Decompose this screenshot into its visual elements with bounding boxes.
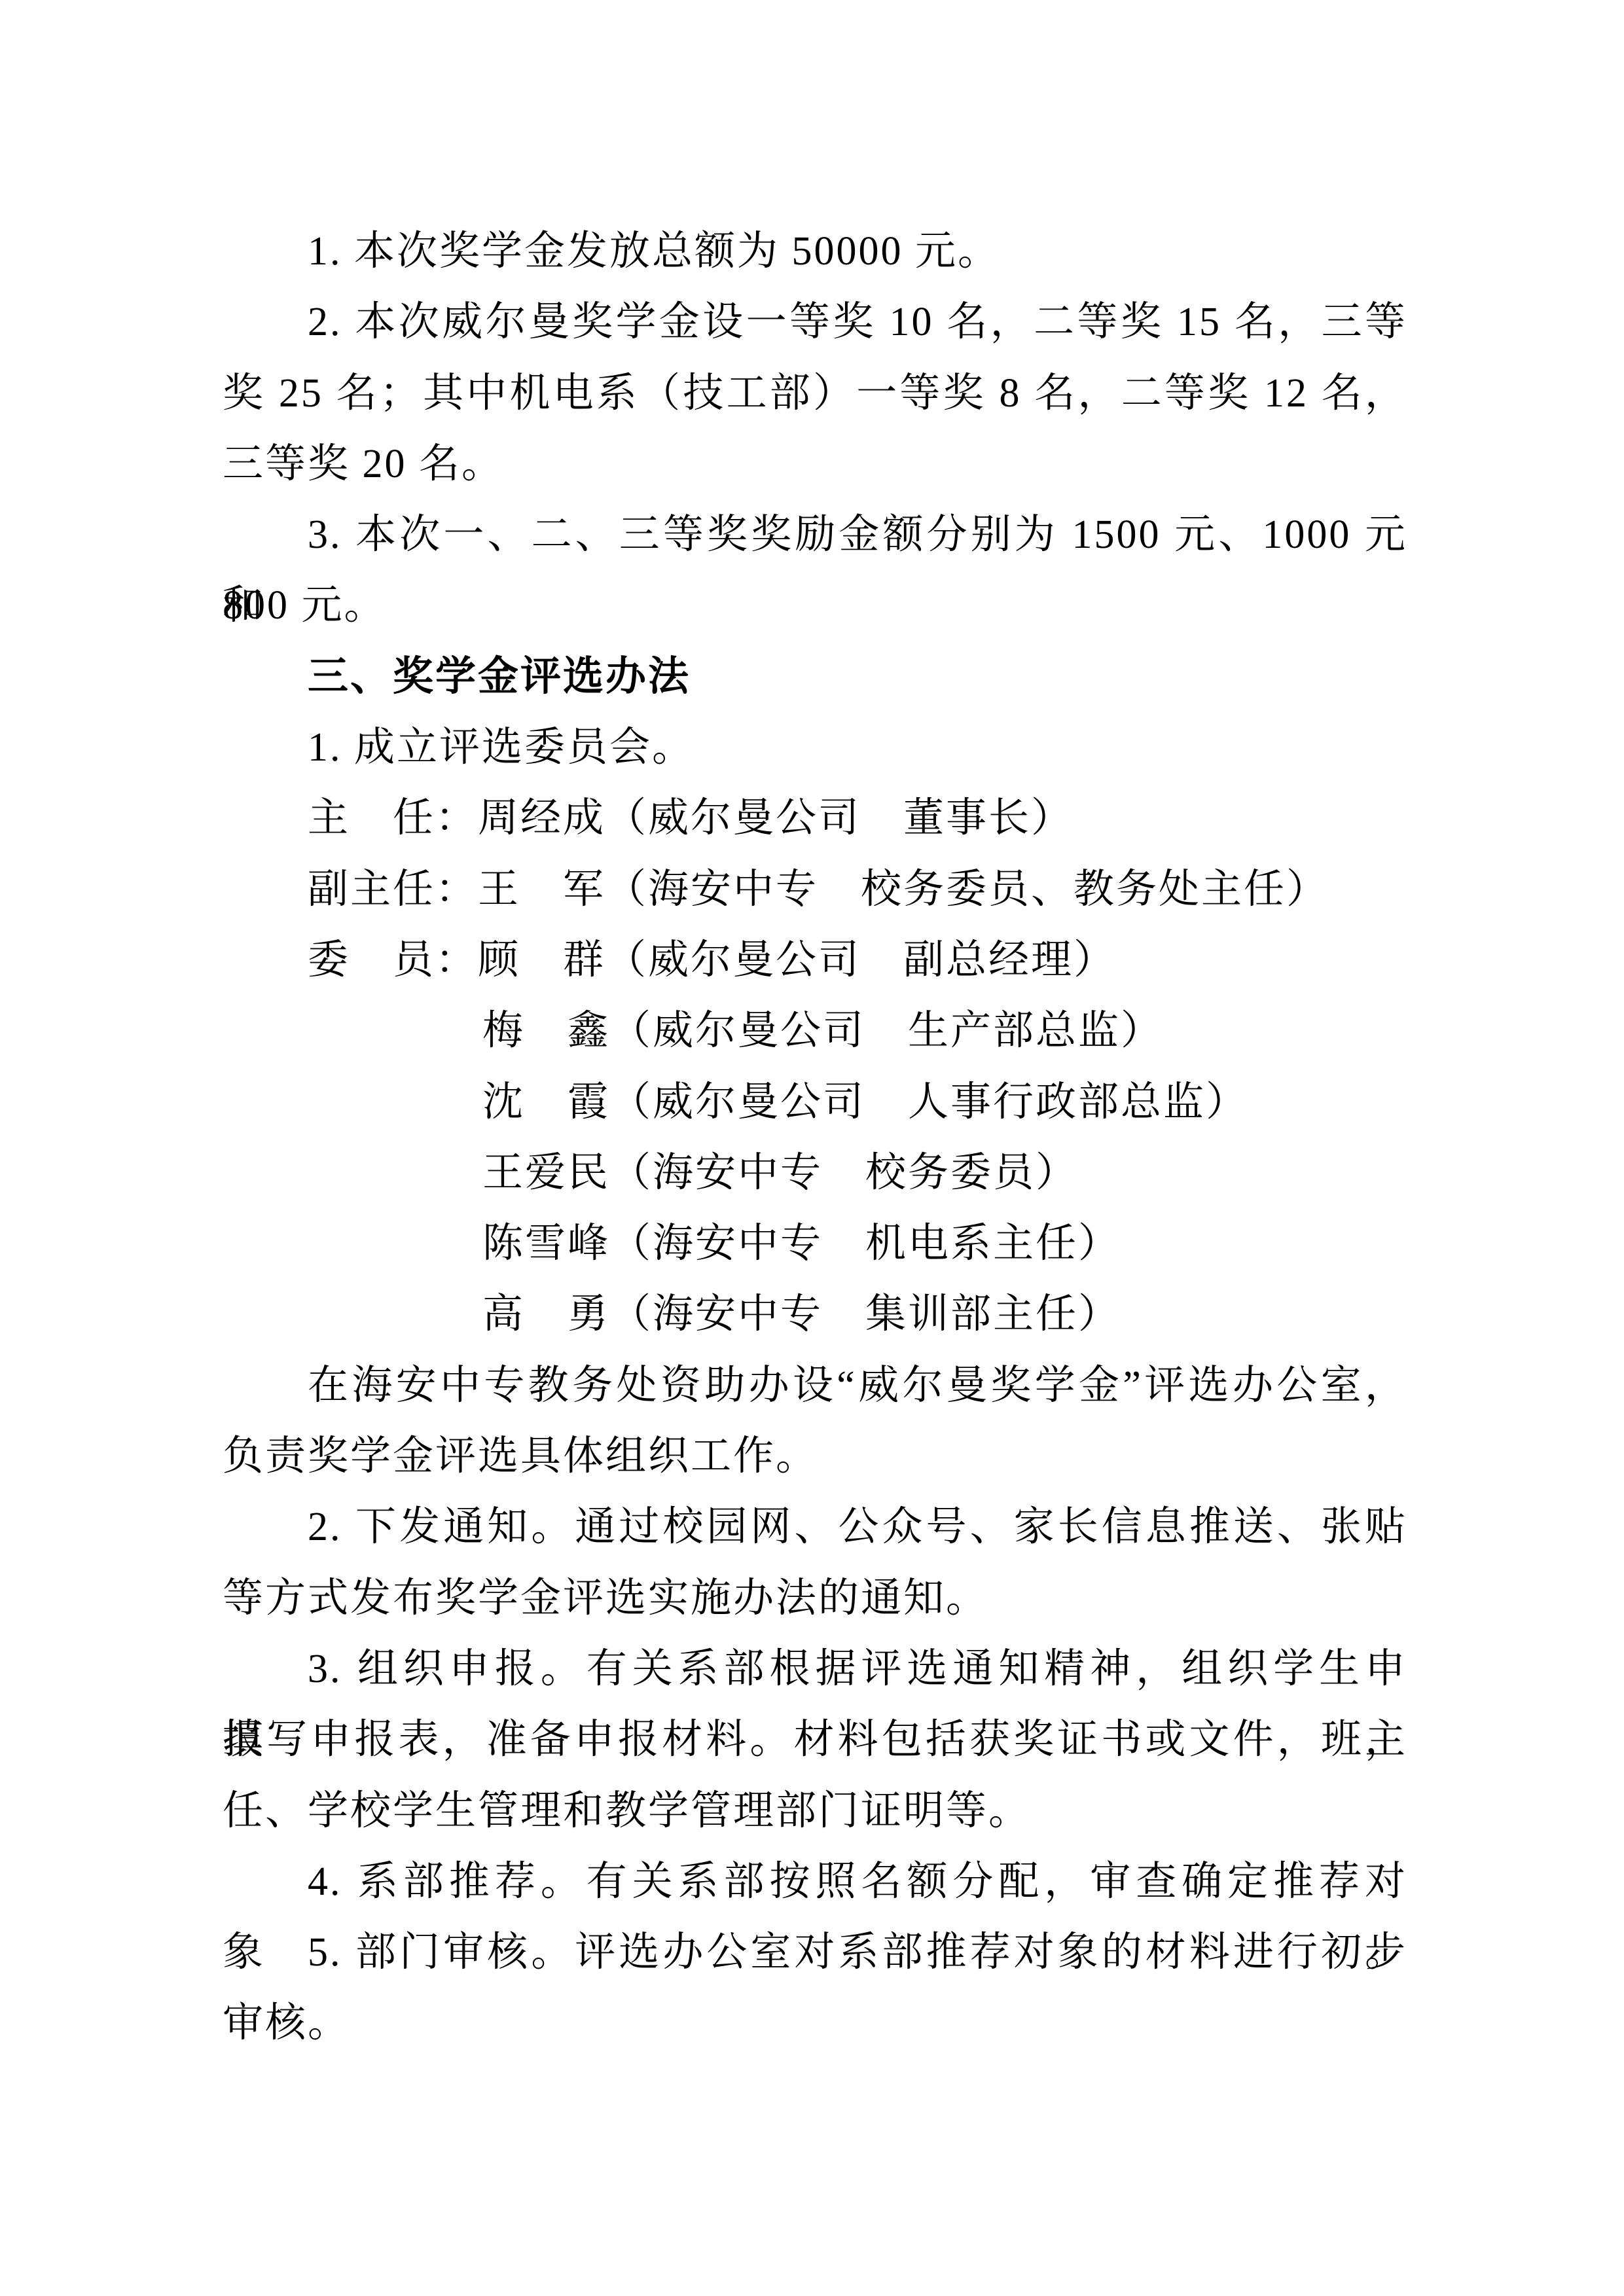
document-line: 5. 部门审核。评选办公室对系部推荐对象的材料进行初步 (223, 1917, 1407, 1988)
document-line: 陈雪峰（海安中专 机电系主任） (223, 1208, 1407, 1279)
document-line: 1. 本次奖学金发放总额为 50000 元。 (223, 216, 1407, 287)
document-line: 审核。 (223, 1988, 1407, 2058)
document-line: 3. 本次一、二、三等奖奖励金额分别为 1500 元、1000 元和 (223, 499, 1407, 570)
document-line: 4. 系部推荐。有关系部按照名额分配，审查确定推荐对象。 (223, 1846, 1407, 1917)
document-line: 等方式发布奖学金评选实施办法的通知。 (223, 1563, 1407, 1634)
document-page: 1. 本次奖学金发放总额为 50000 元。2. 本次威尔曼奖学金设一等奖 10… (0, 0, 1624, 2296)
document-body: 1. 本次奖学金发放总额为 50000 元。2. 本次威尔曼奖学金设一等奖 10… (223, 216, 1407, 2059)
document-line: 负责奖学金评选具体组织工作。 (223, 1421, 1407, 1492)
document-line: 2. 本次威尔曼奖学金设一等奖 10 名，二等奖 15 名，三等 (223, 287, 1407, 357)
document-line: 在海安中专教务处资助办设“威尔曼奖学金”评选办公室， (223, 1350, 1407, 1421)
section-heading: 三、奖学金评选办法 (223, 641, 1407, 712)
document-line: 副主任：王 军（海安中专 校务委员、教务处主任） (223, 854, 1407, 925)
document-line: 委 员：顾 群（威尔曼公司 副总经理） (223, 925, 1407, 996)
document-line: 3. 组织申报。有关系部根据评选通知精神，组织学生申报， (223, 1634, 1407, 1704)
document-line: 1. 成立评选委员会。 (223, 712, 1407, 783)
document-line: 梅 鑫（威尔曼公司 生产部总监） (223, 996, 1407, 1066)
document-line: 2. 下发通知。通过校园网、公众号、家长信息推送、张贴 (223, 1492, 1407, 1562)
document-line: 王爱民（海安中专 校务委员） (223, 1138, 1407, 1208)
document-line: 三等奖 20 名。 (223, 429, 1407, 499)
document-line: 800 元。 (223, 570, 1407, 641)
document-line: 沈 霞（威尔曼公司 人事行政部总监） (223, 1067, 1407, 1138)
document-line: 高 勇（海安中专 集训部主任） (223, 1279, 1407, 1350)
document-line: 奖 25 名；其中机电系（技工部）一等奖 8 名，二等奖 12 名， (223, 358, 1407, 429)
document-line: 填写申报表，准备申报材料。材料包括获奖证书或文件，班主 (223, 1704, 1407, 1775)
document-line: 任、学校学生管理和教学管理部门证明等。 (223, 1776, 1407, 1846)
document-line: 主 任：周经成（威尔曼公司 董事长） (223, 783, 1407, 853)
